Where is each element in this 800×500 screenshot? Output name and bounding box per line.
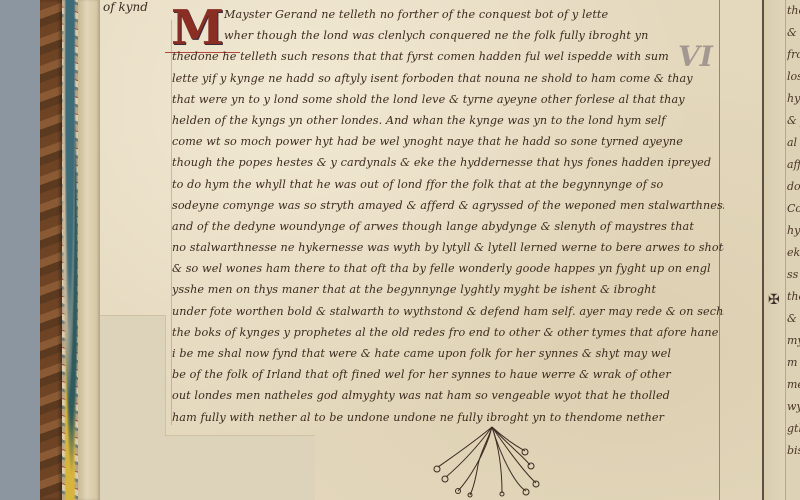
text-line: Mayster Gerand ne telleth no forther of … — [172, 4, 724, 25]
fragment: & fo — [787, 110, 800, 132]
pointing-hand-doodle-icon — [430, 425, 540, 500]
fragment: Come — [787, 198, 800, 220]
fragment: from — [787, 44, 800, 66]
text-line: no stalwarthnesse ne hykernesse was wyth… — [172, 237, 724, 258]
fragment: & by — [787, 22, 800, 44]
manuscript-text-block: Mayster Gerand ne telleth no forther of … — [172, 4, 724, 428]
text-line: though the popes hestes & y cardynals & … — [172, 152, 724, 173]
text-line: and of the dedyne woundynge of arwes tho… — [172, 216, 724, 237]
fragment: hyr — [787, 220, 800, 242]
text-line: to do hym the whyll that he was out of l… — [172, 174, 724, 195]
text-line: the boks of kynges y prophetes al the ol… — [172, 322, 724, 343]
fragment: wyt — [787, 396, 800, 418]
text-line: helden of the kyngs yn other londes. And… — [172, 110, 724, 131]
text-line: thedone he telleth such resons that that… — [172, 46, 724, 67]
fragment: hym — [787, 88, 800, 110]
fragment: me — [787, 374, 800, 396]
fragment: loss — [787, 66, 800, 88]
fragment: gth — [787, 418, 800, 440]
next-page-text-fragments: the & by from loss hym & fo al h affy do… — [787, 0, 800, 462]
page-gutter — [78, 0, 100, 500]
fragment: bis — [787, 440, 800, 462]
text-line: wher though the lond was clenlych conque… — [172, 25, 724, 46]
fragment: the — [787, 286, 800, 308]
text-line: sodeyne comynge was so stryth amayed & a… — [172, 195, 724, 216]
fragment: m — [787, 352, 800, 374]
fragment: the — [787, 0, 800, 22]
cross-pattee-icon: ✠ — [768, 292, 780, 308]
fragment: affy — [787, 154, 800, 176]
fragment: mys — [787, 330, 800, 352]
paper-repair-patch-bottom — [165, 435, 315, 500]
paper-repair-patch — [100, 315, 166, 500]
backdrop — [0, 0, 40, 500]
text-line: under fote worthen bold & stalwarth to w… — [172, 301, 724, 322]
fragment: & m — [787, 308, 800, 330]
marbled-endpaper — [62, 0, 78, 500]
text-line: & so wel wones ham there to that oft tha… — [172, 258, 724, 279]
fragment: al h — [787, 132, 800, 154]
text-line: ysshe men on thys maner that at the begy… — [172, 279, 724, 300]
fragment: doffe — [787, 176, 800, 198]
text-line: out londes men natheles god almyghty was… — [172, 385, 724, 406]
fragment: eke — [787, 242, 800, 264]
text-line: lette yif y kynge ne hadd so aftyly isen… — [172, 68, 724, 89]
text-line: that were yn to y lond some shold the lo… — [172, 89, 724, 110]
text-line: come wt so moch power hyt had be wel yno… — [172, 131, 724, 152]
margin-note: of kynd — [103, 0, 148, 14]
text-line: i be me shal now fynd that were & hate c… — [172, 343, 724, 364]
leather-binding — [40, 0, 62, 500]
text-line: be of the folk of Irland that oft fined … — [172, 364, 724, 385]
fragment: ss — [787, 264, 800, 286]
